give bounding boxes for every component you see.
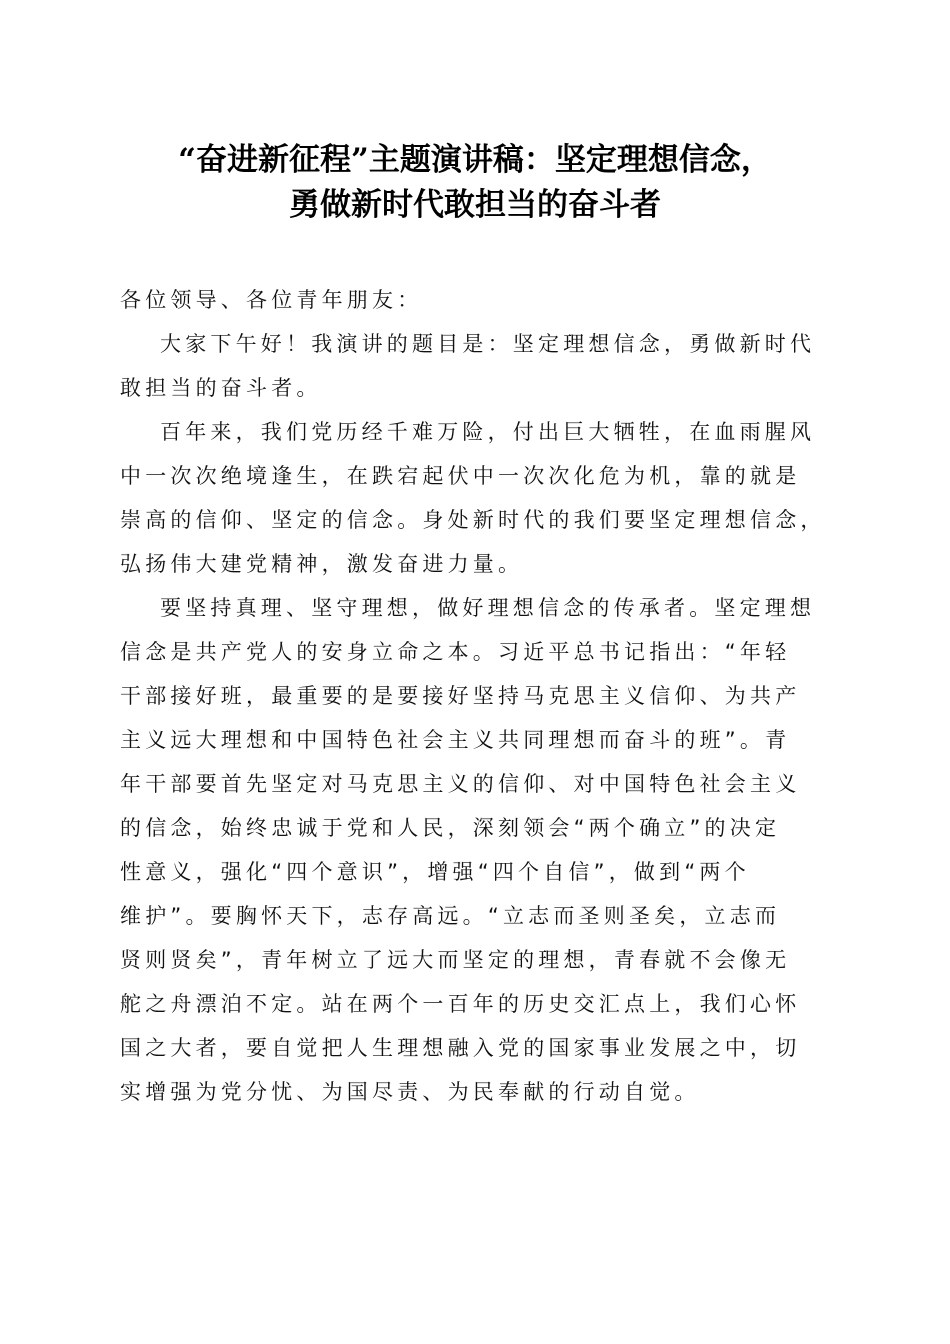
paragraph-3-line: 干部接好班，最重要的是要接好坚持马克思主义信仰、为共产 <box>120 678 800 714</box>
paragraph-3-line: 性意义，强化“四个意识”，增强“四个自信”，做到“两个 <box>120 854 750 890</box>
paragraph-1-line: 敢担当的奋斗者。 <box>120 370 322 406</box>
paragraph-3-line: 国之大者，要自觉把人生理想融入党的国家事业发展之中，切 <box>120 1030 800 1066</box>
paragraph-3-line: 贤则贤矣”，青年树立了远大而坚定的理想，青春就不会像无 <box>120 942 790 978</box>
paragraph-2-line: 中一次次绝境逢生，在跌宕起伏中一次次化危为机，靠的就是 <box>120 458 800 494</box>
paragraph-3-line: 要坚持真理、坚守理想，做好理想信念的传承者。坚定理想 <box>160 590 815 626</box>
paragraph-3-line: 维护”。要胸怀天下，志存高远。“立志而圣则圣矣，立志而 <box>120 898 780 934</box>
paragraph-3-line: 年干部要首先坚定对马克思主义的信仰、对中国特色社会主义 <box>120 766 800 802</box>
document-title-line-2: 勇做新时代敢担当的奋斗者 <box>0 183 950 227</box>
paragraph-3-line: 实增强为党分忧、为国尽责、为民奉献的行动自觉。 <box>120 1074 700 1110</box>
paragraph-3-line: 的信念，始终忠诚于党和人民，深刻领会“两个确立”的决定 <box>120 810 780 846</box>
paragraph-3-line: 信念是共产党人的安身立命之本。习近平总书记指出：“年轻 <box>120 634 790 670</box>
salutation: 各位领导、各位青年朋友： <box>120 282 422 318</box>
paragraph-3-line: 主义远大理想和中国特色社会主义共同理想而奋斗的班”。青 <box>120 722 790 758</box>
paragraph-2-line: 崇高的信仰、坚定的信念。身处新时代的我们要坚定理想信念， <box>120 502 826 538</box>
document-page: “奋进新征程”主题演讲稿：坚定理想信念， 勇做新时代敢担当的奋斗者 各位领导、各… <box>0 0 950 1344</box>
paragraph-3-line: 舵之舟漂泊不定。站在两个一百年的历史交汇点上，我们心怀 <box>120 986 800 1022</box>
paragraph-1-line: 大家下午好！我演讲的题目是：坚定理想信念，勇做新时代 <box>160 326 815 362</box>
paragraph-2-line: 弘扬伟大建党精神，激发奋进力量。 <box>120 546 523 582</box>
document-title-line-1: “奋进新征程”主题演讲稿：坚定理想信念， <box>0 138 950 182</box>
paragraph-2-line: 百年来，我们党历经千难万险，付出巨大牺牲，在血雨腥风 <box>160 414 815 450</box>
